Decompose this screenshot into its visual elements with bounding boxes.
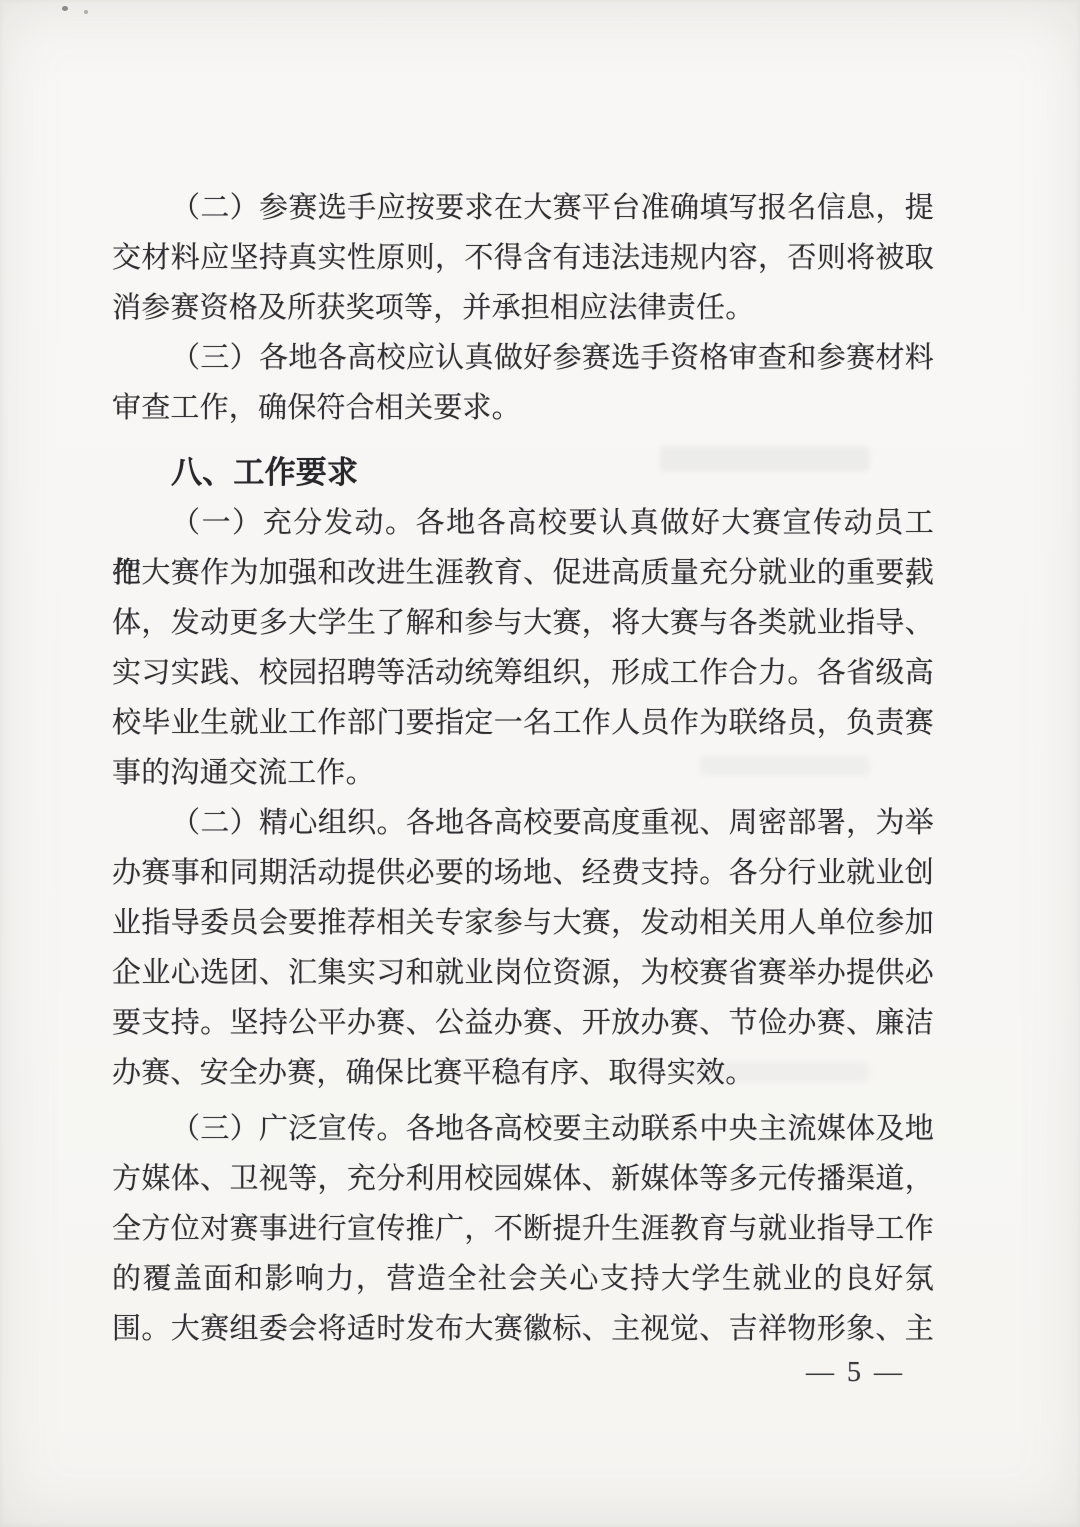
text-line: （三）广泛宣传。各地各高校要主动联系中央主流媒体及地 bbox=[112, 1104, 934, 1154]
text-line: 审查工作，确保符合相关要求。 bbox=[112, 383, 934, 433]
text-line: 全方位对赛事进行宣传推广，不断提升生涯教育与就业指导工作 bbox=[112, 1204, 934, 1254]
text-line: 企业心选团、汇集实习和就业岗位资源，为校赛省赛举办提供必 bbox=[112, 948, 934, 998]
para-item3-qualification-review: （三）各地各高校应认真做好参赛选手资格审查和参赛材料审查工作，确保符合相关要求。 bbox=[112, 333, 934, 433]
text-line: 体，发动更多大学生了解和参与大赛，将大赛与各类就业指导、 bbox=[112, 598, 934, 648]
text-line: （二）精心组织。各地各高校要高度重视、周密部署，为举 bbox=[112, 798, 934, 848]
para-item2-registration: （二）参赛选手应按要求在大赛平台准确填写报名信息，提交材料应坚持真实性原则，不得… bbox=[112, 183, 934, 333]
text-line: （三）各地各高校应认真做好参赛选手资格审查和参赛材料 bbox=[112, 333, 934, 383]
text-line: 方媒体、卫视等，充分利用校园媒体、新媒体等多元传播渠道， bbox=[112, 1154, 934, 1204]
text-line: 办赛、安全办赛，确保比赛平稳有序、取得实效。 bbox=[112, 1048, 934, 1098]
para-req3-publicity: （三）广泛宣传。各地各高校要主动联系中央主流媒体及地方媒体、卫视等，充分利用校园… bbox=[112, 1104, 934, 1354]
text-line: （二）参赛选手应按要求在大赛平台准确填写报名信息，提 bbox=[112, 183, 934, 233]
text-line: 办赛事和同期活动提供必要的场地、经费支持。各分行业就业创 bbox=[112, 848, 934, 898]
scan-speck bbox=[84, 10, 88, 14]
scan-speck bbox=[62, 6, 68, 11]
text-line: 实习实践、校园招聘等活动统筹组织，形成工作合力。各省级高 bbox=[112, 648, 934, 698]
text-line: 交材料应坚持真实性原则，不得含有违法违规内容，否则将被取 bbox=[112, 233, 934, 283]
para-req1-mobilization: （一）充分发动。各地各高校要认真做好大赛宣传动员工作，把大赛作为加强和改进生涯教… bbox=[112, 498, 934, 798]
text-line: 事的沟通交流工作。 bbox=[112, 748, 934, 798]
section-heading-text: 八、工作要求 bbox=[112, 448, 934, 498]
scanned-document-page: （二）参赛选手应按要求在大赛平台准确填写报名信息，提交材料应坚持真实性原则，不得… bbox=[0, 0, 1080, 1527]
text-line: 把大赛作为加强和改进生涯教育、促进高质量充分就业的重要载 bbox=[112, 548, 934, 598]
document-body: （二）参赛选手应按要求在大赛平台准确填写报名信息，提交材料应坚持真实性原则，不得… bbox=[112, 183, 934, 1354]
text-line: 围。大赛组委会将适时发布大赛徽标、主视觉、吉祥物形象、主 bbox=[112, 1304, 934, 1354]
para-req2-organization: （二）精心组织。各地各高校要高度重视、周密部署，为举办赛事和同期活动提供必要的场… bbox=[112, 798, 934, 1098]
page-number: — 5 — bbox=[806, 1352, 905, 1394]
text-line: （一）充分发动。各地各高校要认真做好大赛宣传动员工作， bbox=[112, 498, 934, 548]
text-line: 业指导委员会要推荐相关专家参与大赛，发动相关用人单位参加 bbox=[112, 898, 934, 948]
text-line: 消参赛资格及所获奖项等，并承担相应法律责任。 bbox=[112, 283, 934, 333]
text-line: 要支持。坚持公平办赛、公益办赛、开放办赛、节俭办赛、廉洁 bbox=[112, 998, 934, 1048]
text-line: 校毕业生就业工作部门要指定一名工作人员作为联络员，负责赛 bbox=[112, 698, 934, 748]
text-line: 的覆盖面和影响力，营造全社会关心支持大学生就业的良好氛 bbox=[112, 1254, 934, 1304]
section-8-work-requirements: 八、工作要求 bbox=[112, 448, 934, 498]
